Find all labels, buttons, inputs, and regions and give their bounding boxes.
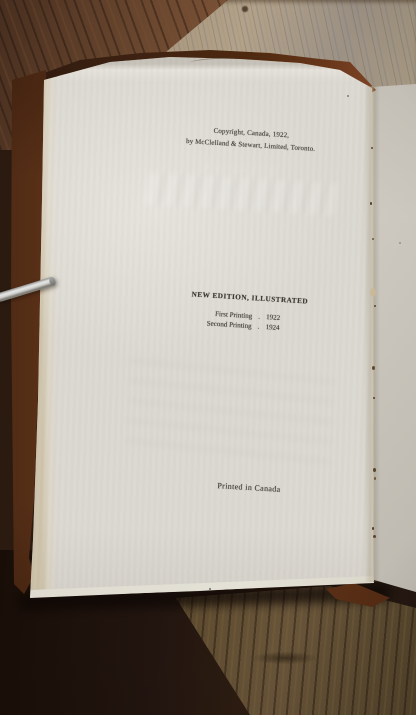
embossed-ghost-block (125, 353, 335, 469)
foxing-speck (373, 397, 375, 399)
printing-separator: . (257, 322, 259, 331)
foxing-speck (399, 242, 401, 244)
book-photo: Copyright, Canada, 1922, by McClelland &… (0, 0, 416, 715)
foxing-speck (372, 238, 374, 240)
printing-year: 1922 (266, 313, 280, 322)
printing-separator: . (258, 313, 260, 322)
foxing-speck (372, 527, 374, 530)
foxing-speck (372, 366, 375, 370)
foxing-speck (373, 468, 376, 472)
foxing-speck (373, 535, 376, 538)
foxing-speck (370, 202, 372, 205)
printing-year: 1924 (265, 323, 279, 332)
foxing-speck (209, 588, 211, 590)
foxing-speck (347, 95, 349, 97)
foxing-speck (370, 288, 376, 297)
foxing-speck (374, 477, 376, 480)
